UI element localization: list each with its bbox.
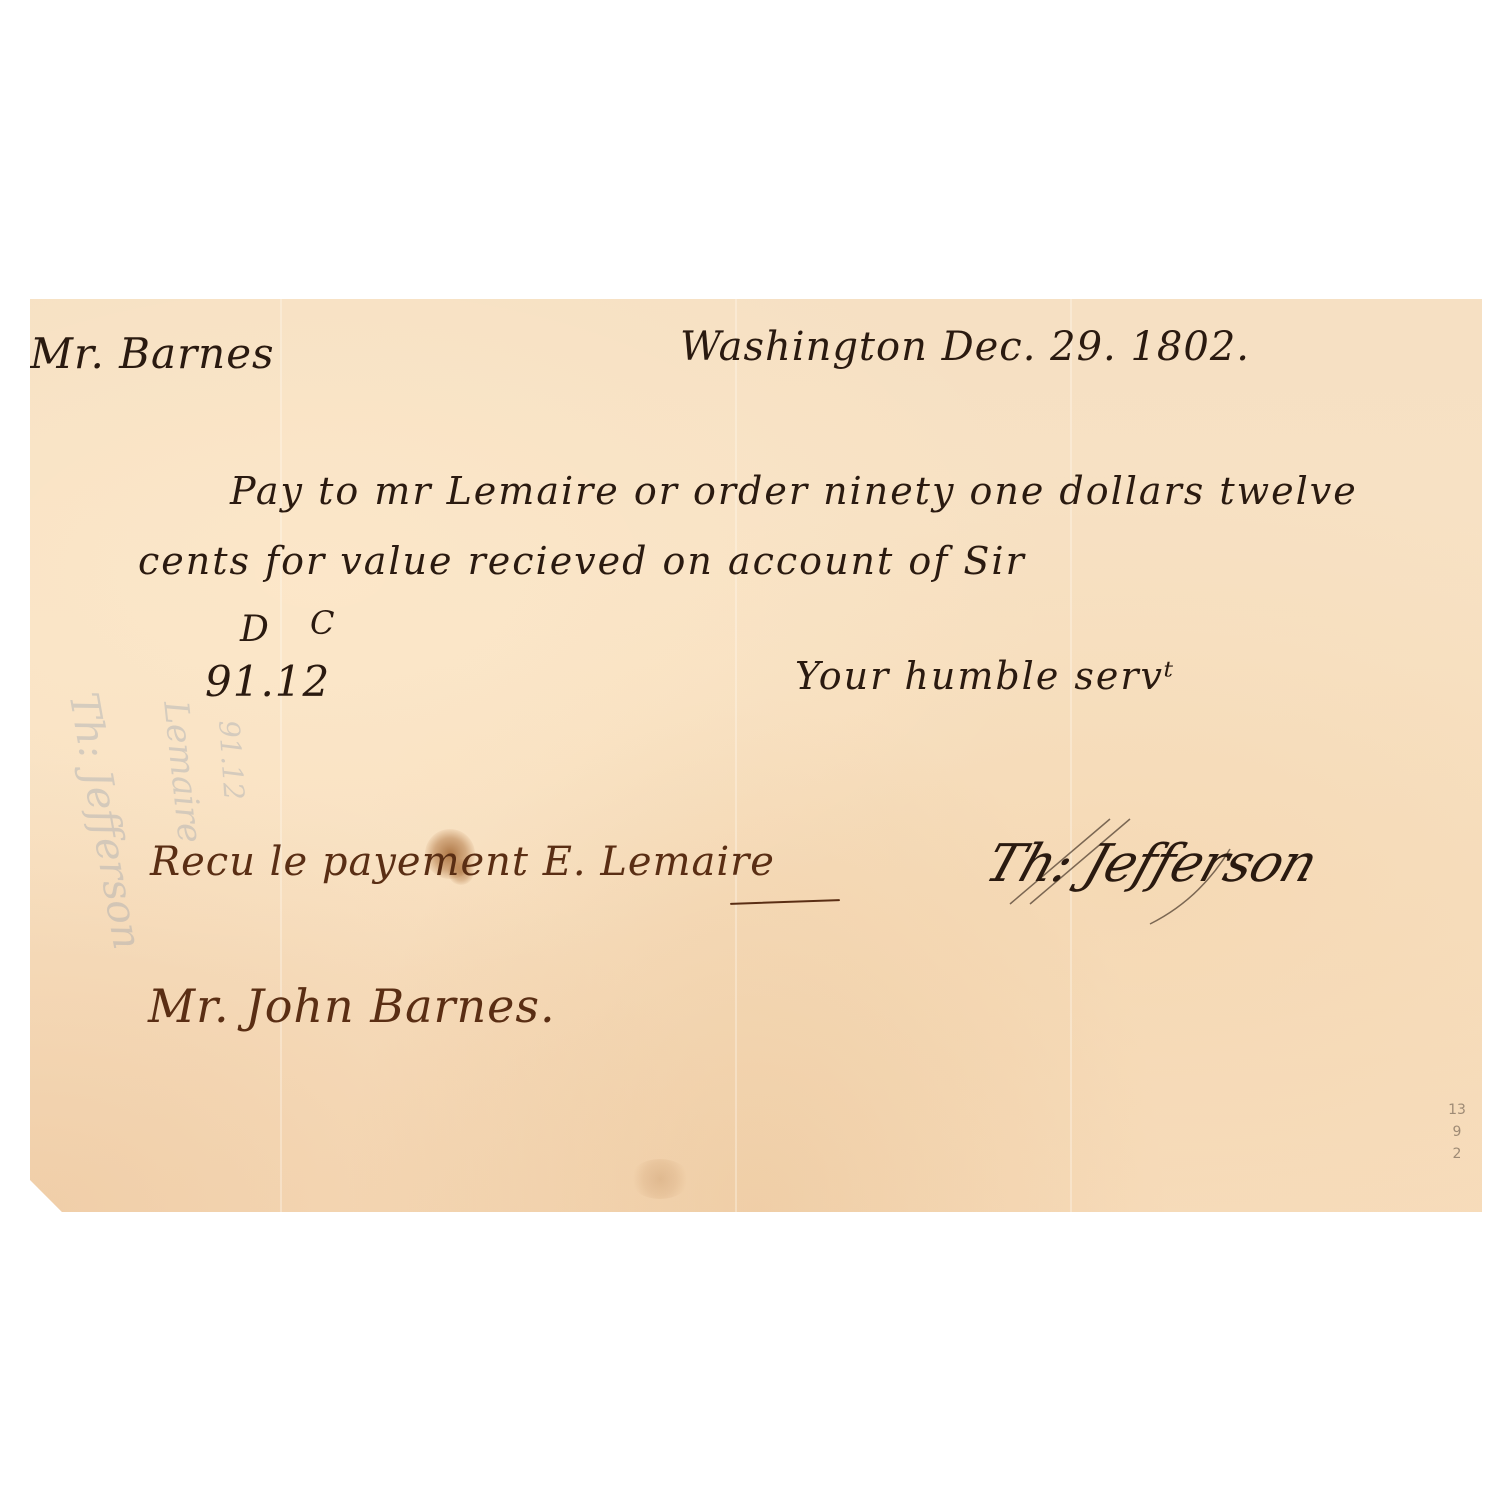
pencil-notes: 13 9 2 xyxy=(1442,1099,1472,1165)
ink-stain xyxy=(570,1249,606,1285)
amount-dollars-header: D xyxy=(240,609,270,650)
body-line-1: Pay to mr Lemaire or order ninety one do… xyxy=(230,469,1358,513)
paper-fold-line xyxy=(280,299,282,1212)
bleed-through-text: 91.12 xyxy=(212,719,251,801)
paper-fold-line xyxy=(1070,299,1072,1212)
signature-flourish xyxy=(990,809,1350,929)
addressee: Mr. John Barnes. xyxy=(148,979,556,1033)
ink-stain xyxy=(630,1159,690,1199)
closing: Your humble servᵗ xyxy=(795,654,1175,698)
pencil-note: 13 xyxy=(1442,1099,1472,1121)
endorsement-underline xyxy=(730,899,840,905)
bleed-through-text: Lemaire xyxy=(155,699,210,845)
salutation: Mr. Barnes xyxy=(30,329,275,378)
pencil-note: 9 xyxy=(1442,1121,1472,1143)
dateline: Washington Dec. 29. 1802. xyxy=(680,324,1250,370)
amount-value: 91.12 xyxy=(205,657,330,706)
bleed-through-text: Th: Jefferson xyxy=(60,689,150,953)
amount-cents-header: C xyxy=(310,604,335,642)
letter-paper: Th: Jefferson Lemaire 91.12 Mr. Barnes W… xyxy=(30,299,1482,1212)
pencil-note: 2 xyxy=(1442,1143,1472,1165)
body-line-2: cents for value recieved on account of S… xyxy=(138,539,1026,583)
endorsement: Recu le payement E. Lemaire xyxy=(150,839,775,885)
ink-stain xyxy=(1075,1224,1101,1250)
paper-fold-line xyxy=(735,299,737,1212)
ink-stain xyxy=(1057,1234,1115,1292)
